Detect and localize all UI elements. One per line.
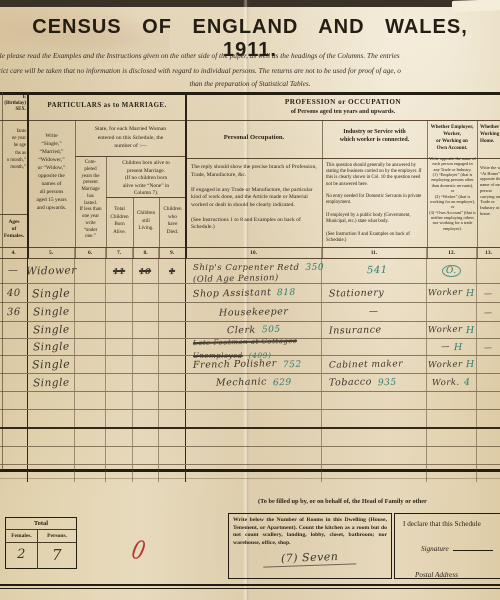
instruction-line-1: ule please read the Examples and the Ins… <box>0 51 500 60</box>
instruction-line-3: than the preparation of Statistical Tabl… <box>0 79 500 88</box>
col11-body: This question should generally be answer… <box>326 163 424 244</box>
empty-row <box>0 410 500 429</box>
industry-code: 541 <box>367 265 388 276</box>
cell-at-home: — <box>484 342 493 351</box>
cell-marital-status: Single <box>33 341 70 354</box>
col10-title: Personal Occupation. <box>186 134 322 141</box>
cell-industry: Insurance <box>329 324 382 336</box>
col-number-11: 11. <box>322 248 427 258</box>
table-row: Single Clerk505 Insurance WorkerH <box>0 322 500 339</box>
totals-females-value: 2 <box>17 547 26 562</box>
empty-row <box>0 392 500 410</box>
cell-at-home: — <box>484 307 493 316</box>
totals-persons-value: 7 <box>52 546 62 564</box>
col-number-4: 4. <box>0 248 28 258</box>
signature-label: Signature <box>421 545 449 553</box>
cell-at-home: — <box>484 288 493 297</box>
checker-mark: H <box>453 341 462 352</box>
cell-occupation: Late Footman at Cottages <box>193 338 297 347</box>
col-number-10: 10. <box>186 248 322 258</box>
cell-employment-status: Worker <box>428 288 463 299</box>
cell-employment-status: Work. <box>432 377 460 388</box>
col-age-sex-header: E (Birthday) SEX. <box>0 95 26 114</box>
cell-employment-status: Worker <box>428 325 463 336</box>
cell-children-living: 10 <box>139 265 151 275</box>
table-row: 40 Single Shop Assistant818 Stationery W… <box>0 284 500 303</box>
cell-industry: Cabinet maker <box>329 359 403 371</box>
col10-body: The reply should show the precise branch… <box>191 164 318 232</box>
col5-write-note: Write “Single,” “Married,” “Widower,” or… <box>29 133 74 213</box>
col12-title: Whether Employer, Worker, or Working on … <box>428 124 476 152</box>
cell-employment-status: Worker <box>428 359 463 370</box>
cell-occupation: French Polisher <box>193 358 277 371</box>
profession-group-header: PROFESSION or OCCUPATION <box>186 98 500 106</box>
column-number-row: 4. 5. 6. 7. 8. 9. 10. 11. 12. 13. <box>0 248 500 258</box>
scan-corner-tear <box>452 0 500 12</box>
checker-mark: H <box>466 359 475 370</box>
col-number-12: 12. <box>427 248 477 258</box>
cell-age-female: 40 <box>7 287 21 298</box>
col13-title: Whether Working at Home. <box>480 124 500 145</box>
census-schedule-scan: CENSUS OF ENGLAND AND WALES, 1911. ule p… <box>0 0 500 600</box>
cell-marital-status: Single <box>33 324 70 337</box>
col-ages-of-females-label: Ages of Females. <box>0 219 28 240</box>
empty-row <box>0 429 500 447</box>
bottom-double-rule <box>0 584 500 589</box>
cell-marital-status: Widower <box>26 264 77 277</box>
cell-occupation: Shop Assistant <box>193 287 272 300</box>
rooms-box: Write below the Number of Rooms in this … <box>228 513 392 579</box>
schedule-entries: — Widower 11 10 1 Ship's Carpenter Retd3… <box>0 258 500 470</box>
col6-duration-note: Com- pleted years the present Marriage h… <box>76 160 105 241</box>
cell-occupation: Ship's Carpenter Retd <box>193 263 299 273</box>
table-row: — Widower 11 10 1 Ship's Carpenter Retd3… <box>0 258 500 284</box>
col12-body: Write opposite the name of each person e… <box>429 156 476 231</box>
col8-header: Children still Living. <box>133 210 159 233</box>
cell-occupation: Mechanic <box>216 376 267 388</box>
scan-top-edge <box>0 0 500 7</box>
married-woman-note: State, for each Married Woman entered on… <box>77 125 184 151</box>
checker-mark: 4 <box>464 377 471 388</box>
declaration-box: I declare that this Schedule Signature P… <box>394 513 500 579</box>
col11-title: Industry or Service with which worker is… <box>323 128 426 145</box>
empty-row <box>0 465 500 482</box>
cell-marital-status: Single <box>33 306 70 319</box>
cell-marital-status: Single <box>32 358 70 372</box>
totals-persons-label: Persons. <box>38 530 76 542</box>
col-number-5: 5. <box>28 248 75 258</box>
empty-row <box>0 447 500 465</box>
marriage-group-header: PARTICULARS as to MARRIAGE. <box>28 101 186 109</box>
cell-children-born: 11 <box>113 265 125 275</box>
cell-industry: — <box>369 307 379 317</box>
table-row: Single Late Footman at Cottages Unemploy… <box>0 339 500 356</box>
occupation-code: 818 <box>277 288 296 298</box>
checker-mark: H <box>466 287 475 298</box>
head-of-family-note: (To be filled up by, or on behalf of, th… <box>258 498 500 505</box>
checker-mark: H <box>466 324 475 335</box>
cell-employment-status: — <box>440 342 449 352</box>
cell-marital-status: Single <box>32 286 70 300</box>
cell-occupation: Clerk <box>227 324 256 336</box>
occupation-code: 505 <box>261 325 280 335</box>
table-row: Single French Polisher752 Cabinet maker … <box>0 356 500 374</box>
profession-group-subheader: of Persons aged ten years and upwards. <box>186 108 500 115</box>
cell-industry: Tobacco <box>329 377 372 389</box>
industry-code: 935 <box>378 377 397 387</box>
cell-children-died: 1 <box>169 265 175 275</box>
table-row: Single Mechanic629 Tobacco935 Work.4 <box>0 374 500 392</box>
children-born-note: Children born alive to present Marriage.… <box>107 160 185 198</box>
cell-industry: Stationery <box>329 287 384 299</box>
instruction-line-2: trict care will be taken that no informa… <box>0 66 500 75</box>
cell-occupation-line2: (Old Age Pension) <box>193 274 279 285</box>
col-number-6: 6. <box>75 248 106 258</box>
declaration-line: I declare that this Schedule <box>395 514 500 528</box>
totals-box: Total Females. Persons. 2 7 <box>5 517 77 569</box>
col9-header: Children who have Died. <box>159 206 186 236</box>
table-row: 36 Single Housekeeper — — <box>0 303 500 322</box>
rooms-value: (7) Seven <box>263 549 357 567</box>
occupation-code: 629 <box>273 377 292 387</box>
footer-faint-rule <box>0 478 500 479</box>
rooms-note: Write below the Number of Rooms in this … <box>229 514 391 548</box>
col-age-note: fants ne year he age ths as o month,” mo… <box>0 128 26 171</box>
postal-address-label: Postal Address <box>415 571 458 579</box>
col13-body: Write the words “At Home” opposite the n… <box>480 165 500 216</box>
col-number-13: 13. <box>477 248 500 258</box>
table-top-rule <box>0 92 500 95</box>
col-number-8: 8. <box>133 248 159 258</box>
totals-females-label: Females. <box>6 530 38 542</box>
cell-age-female: 36 <box>7 306 21 317</box>
red-checker-mark: 0 <box>129 535 148 567</box>
cell-age-female: — <box>8 265 19 276</box>
col-number-9: 9. <box>159 248 186 258</box>
signature-line <box>453 550 493 551</box>
col-number-7: 7. <box>106 248 133 258</box>
cell-employment-status: O. <box>442 264 461 276</box>
cell-occupation: Housekeeper <box>219 306 289 318</box>
cell-marital-status: Single <box>33 376 70 389</box>
occupation-code: 752 <box>283 359 302 369</box>
col7-header: Total Children Born Alive. <box>106 206 133 236</box>
totals-label: Total <box>6 518 76 530</box>
